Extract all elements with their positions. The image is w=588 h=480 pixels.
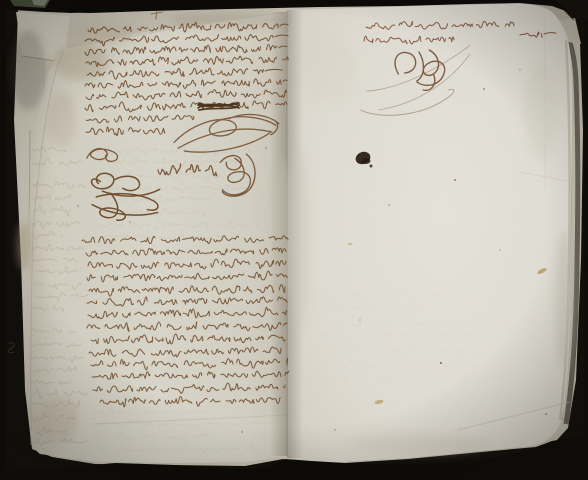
- manuscript-scan: [0, 0, 588, 480]
- manuscript-photo: [0, 0, 588, 480]
- vignette-overlay: [0, 0, 588, 480]
